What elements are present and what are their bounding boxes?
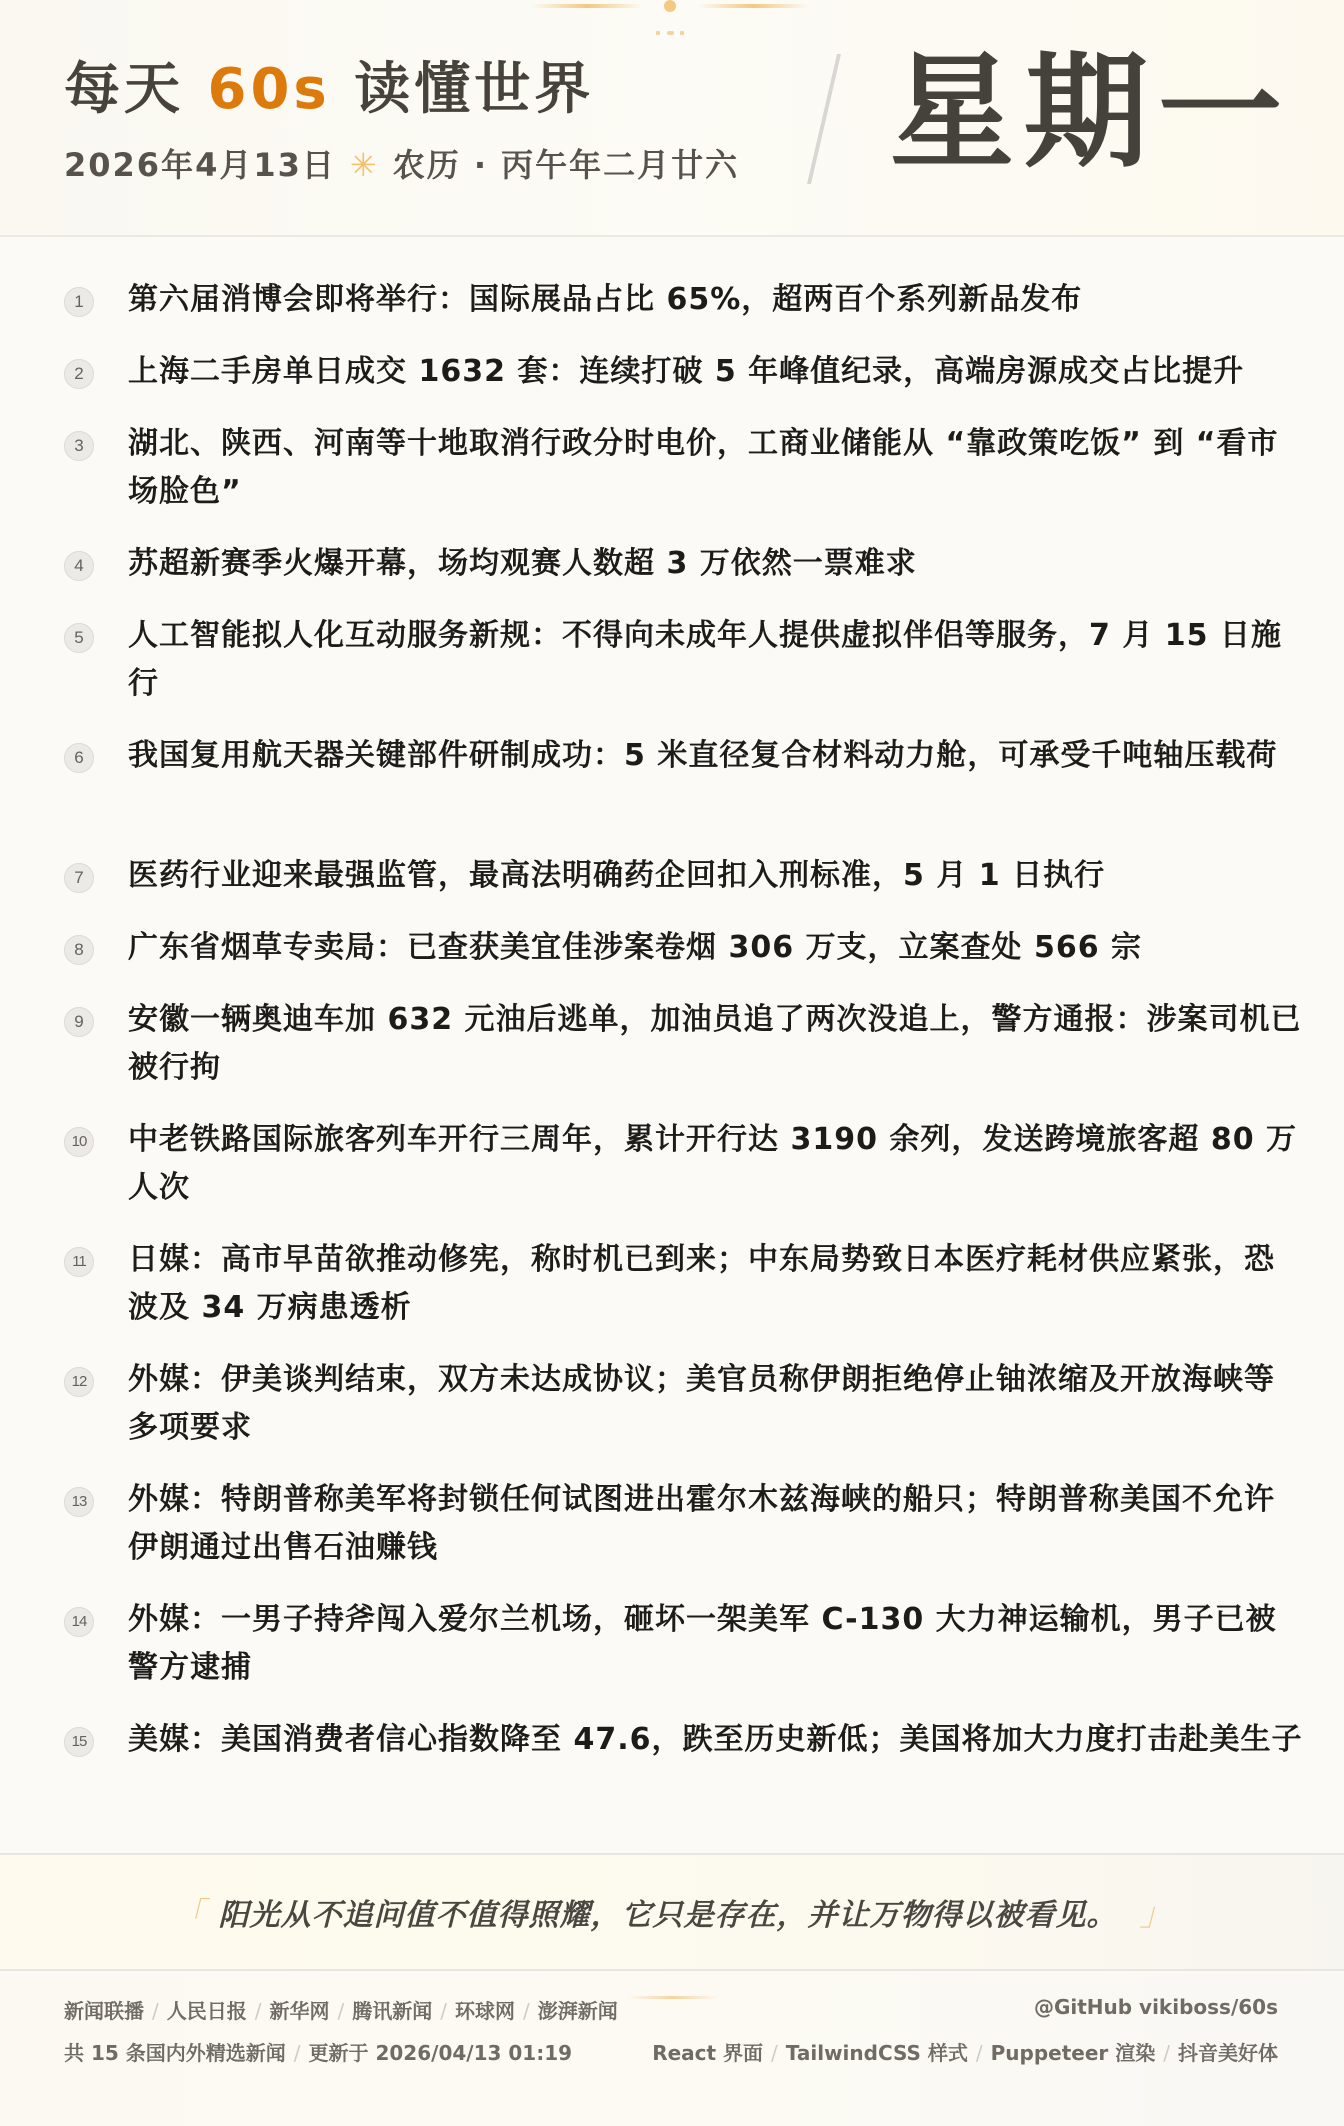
divider-slash <box>807 54 841 184</box>
news-item: 15 美媒：美国消费者信心指数降至 47.6，跌至历史新低；美国将加大力度打击赴… <box>64 1716 1304 1764</box>
news-headline: 医药行业迎来最强监管，最高法明确药企回扣入刑标准，5 月 1 日执行 <box>128 852 1105 900</box>
page-footer: 新闻联播/人民日报/新华网/腾讯新闻/环球网/澎湃新闻 共 15 条国内外精选新… <box>0 1973 1344 2126</box>
gregorian-date: 2026年4月13日 <box>64 146 336 184</box>
news-item: 1 第六届消博会即将举行：国际展品占比 65%，超两百个系列新品发布 <box>64 276 1304 324</box>
news-headline: 第六届消博会即将举行：国际展品占比 65%，超两百个系列新品发布 <box>128 276 1082 324</box>
number-badge: 7 <box>64 863 94 893</box>
quote-text: 阳光从不追问值不值得照耀，它只是存在，并让万物得以被看见。 <box>219 1890 1118 1934</box>
ornament-mini-dot <box>667 31 674 35</box>
lunar-date: 农历 · 丙午年二月廿六 <box>393 146 739 184</box>
ornament-line-left <box>532 4 642 8</box>
title-prefix: 每天 <box>64 57 184 122</box>
number-badge: 4 <box>64 551 94 581</box>
source-label: 澎湃新闻 <box>538 1999 618 2023</box>
separator: / <box>255 1999 262 2023</box>
quote-close-mark: 」 <box>1140 1889 1172 1935</box>
news-item: 10 中老铁路国际旅客列车开行三周年，累计开行达 3190 余列，发送跨境旅客超… <box>64 1116 1304 1212</box>
news-item: 13 外媒：特朗普称美军将封锁任何试图进出霍尔木兹海峡的船只；特朗普称美国不允许… <box>64 1476 1304 1572</box>
ornament-mini-dot <box>680 31 684 35</box>
source-label: 腾讯新闻 <box>352 1999 432 2023</box>
separator: / <box>523 1999 530 2023</box>
news-sources: 新闻联播/人民日报/新华网/腾讯新闻/环球网/澎湃新闻 <box>64 1995 618 2024</box>
news-headline: 广东省烟草专卖局：已查获美宜佳涉案卷烟 306 万支，立案查处 566 宗 <box>128 924 1142 972</box>
tech-label: 抖音美好体 <box>1178 2041 1278 2065</box>
news-headline: 外媒：特朗普称美军将封锁任何试图进出霍尔木兹海峡的船只；特朗普称美国不允许伊朗通… <box>128 1476 1304 1572</box>
top-ornament <box>530 0 810 40</box>
news-headline: 外媒：伊美谈判结束，双方未达成协议；美官员称伊朗拒绝停止铀浓缩及开放海峡等多项要… <box>128 1356 1304 1452</box>
news-item: 2 上海二手房单日成交 1632 套：连续打破 5 年峰值纪录，高端房源成交占比… <box>64 348 1304 396</box>
news-count: 共 15 条国内外精选新闻 <box>64 2041 286 2065</box>
source-label: 新闻联播 <box>64 1999 144 2023</box>
news-item: 6 我国复用航天器关键部件研制成功：5 米直径复合材料动力舱，可承受千吨轴压载荷 <box>64 732 1304 780</box>
source-label: 人民日报 <box>167 1999 247 2023</box>
source-label: 新华网 <box>270 1999 330 2023</box>
number-badge: 5 <box>64 623 94 653</box>
news-headline: 外媒：一男子持斧闯入爱尔兰机场，砸坏一架美军 C-130 大力神运输机，男子已被… <box>128 1596 1304 1692</box>
news-headline: 中老铁路国际旅客列车开行三周年，累计开行达 3190 余列，发送跨境旅客超 80… <box>128 1116 1304 1212</box>
news-headline: 人工智能拟人化互动服务新规：不得向未成年人提供虚拟伴侣等服务，7 月 15 日施… <box>128 612 1304 708</box>
updated-time: 更新于 2026/04/13 01:19 <box>309 2041 573 2065</box>
separator: / <box>152 1999 159 2023</box>
number-badge: 8 <box>64 935 94 965</box>
news-headline: 湖北、陕西、河南等十地取消行政分时电价，工商业储能从 “靠政策吃饭” 到 “看市… <box>128 420 1304 516</box>
news-headline: 安徽一辆奥迪车加 632 元油后逃单，加油员追了两次没追上，警方通报：涉案司机已… <box>128 996 1304 1092</box>
separator: / <box>771 2041 778 2065</box>
ornament-dot <box>664 0 676 12</box>
github-credit: @GitHub vikiboss/60s <box>1034 1995 1278 2019</box>
separator: / <box>976 2041 983 2065</box>
number-badge: 2 <box>64 359 94 389</box>
page-header: 每天 60s 读懂世界 2026年4月13日✳农历 · 丙午年二月廿六 星期一 <box>0 0 1344 237</box>
footer-accent-line <box>628 1996 718 1999</box>
weekday: 星期一 <box>890 48 1292 178</box>
news-item: 5 人工智能拟人化互动服务新规：不得向未成年人提供虚拟伴侣等服务，7 月 15 … <box>64 612 1304 708</box>
number-badge: 3 <box>64 431 94 461</box>
page-title: 每天 60s 读懂世界 <box>64 54 594 126</box>
tech-label: React 界面 <box>652 2041 763 2065</box>
number-badge: 13 <box>64 1487 94 1517</box>
title-accent: 60s <box>208 57 331 122</box>
separator: / <box>440 1999 447 2023</box>
number-badge: 9 <box>64 1007 94 1037</box>
separator: / <box>338 1999 345 2023</box>
news-meta: 共 15 条国内外精选新闻/更新于 2026/04/13 01:19 <box>64 2037 572 2066</box>
news-headline: 日媒：高市早苗欲推动修宪，称时机已到来；中东局势致日本医疗耗材供应紧张，恐波及 … <box>128 1236 1304 1332</box>
news-item: 8 广东省烟草专卖局：已查获美宜佳涉案卷烟 306 万支，立案查处 566 宗 <box>64 924 1304 972</box>
number-badge: 14 <box>64 1607 94 1637</box>
separator: / <box>294 2041 301 2065</box>
news-item: 12 外媒：伊美谈判结束，双方未达成协议；美官员称伊朗拒绝停止铀浓缩及开放海峡等… <box>64 1356 1304 1452</box>
number-badge: 1 <box>64 287 94 317</box>
number-badge: 6 <box>64 743 94 773</box>
news-item: 4 苏超新赛季火爆开幕，场均观赛人数超 3 万依然一票难求 <box>64 540 1304 588</box>
asterisk-icon: ✳ <box>350 146 379 184</box>
number-badge: 15 <box>64 1727 94 1757</box>
news-item: 7 医药行业迎来最强监管，最高法明确药企回扣入刑标准，5 月 1 日执行 <box>64 852 1304 900</box>
news-item: 9 安徽一辆奥迪车加 632 元油后逃单，加油员追了两次没追上，警方通报：涉案司… <box>64 996 1304 1092</box>
tech-label: TailwindCSS 样式 <box>786 2041 968 2065</box>
ornament-line-right <box>698 4 808 8</box>
ornament-mini-dot <box>656 31 660 35</box>
number-badge: 12 <box>64 1367 94 1397</box>
news-headline: 我国复用航天器关键部件研制成功：5 米直径复合材料动力舱，可承受千吨轴压载荷 <box>128 732 1277 780</box>
date-line: 2026年4月13日✳农历 · 丙午年二月廿六 <box>64 145 739 185</box>
number-badge: 10 <box>64 1127 94 1157</box>
title-suffix: 读懂世界 <box>354 57 594 122</box>
news-headline: 苏超新赛季火爆开幕，场均观赛人数超 3 万依然一票难求 <box>128 540 917 588</box>
tech-label: Puppeteer 渲染 <box>991 2041 1156 2065</box>
news-headline: 上海二手房单日成交 1632 套：连续打破 5 年峰值纪录，高端房源成交占比提升 <box>128 348 1244 396</box>
news-item: 3 湖北、陕西、河南等十地取消行政分时电价，工商业储能从 “靠政策吃饭” 到 “… <box>64 420 1304 516</box>
quote-open-mark: 「 <box>172 1889 204 1935</box>
news-headline: 美媒：美国消费者信心指数降至 47.6，跌至历史新低；美国将加大力度打击赴美生子 <box>128 1716 1302 1764</box>
daily-quote: 「 阳光从不追问值不值得照耀，它只是存在，并让万物得以被看见。 」 <box>0 1853 1344 1971</box>
source-label: 环球网 <box>455 1999 515 2023</box>
news-list: 1 第六届消博会即将举行：国际展品占比 65%，超两百个系列新品发布 2 上海二… <box>0 238 1344 1853</box>
number-badge: 11 <box>64 1247 94 1277</box>
separator: / <box>1163 2041 1170 2065</box>
tech-stack: React 界面/TailwindCSS 样式/Puppeteer 渲染/抖音美… <box>652 2037 1278 2066</box>
news-item: 14 外媒：一男子持斧闯入爱尔兰机场，砸坏一架美军 C-130 大力神运输机，男… <box>64 1596 1304 1692</box>
news-item: 11 日媒：高市早苗欲推动修宪，称时机已到来；中东局势致日本医疗耗材供应紧张，恐… <box>64 1236 1304 1332</box>
